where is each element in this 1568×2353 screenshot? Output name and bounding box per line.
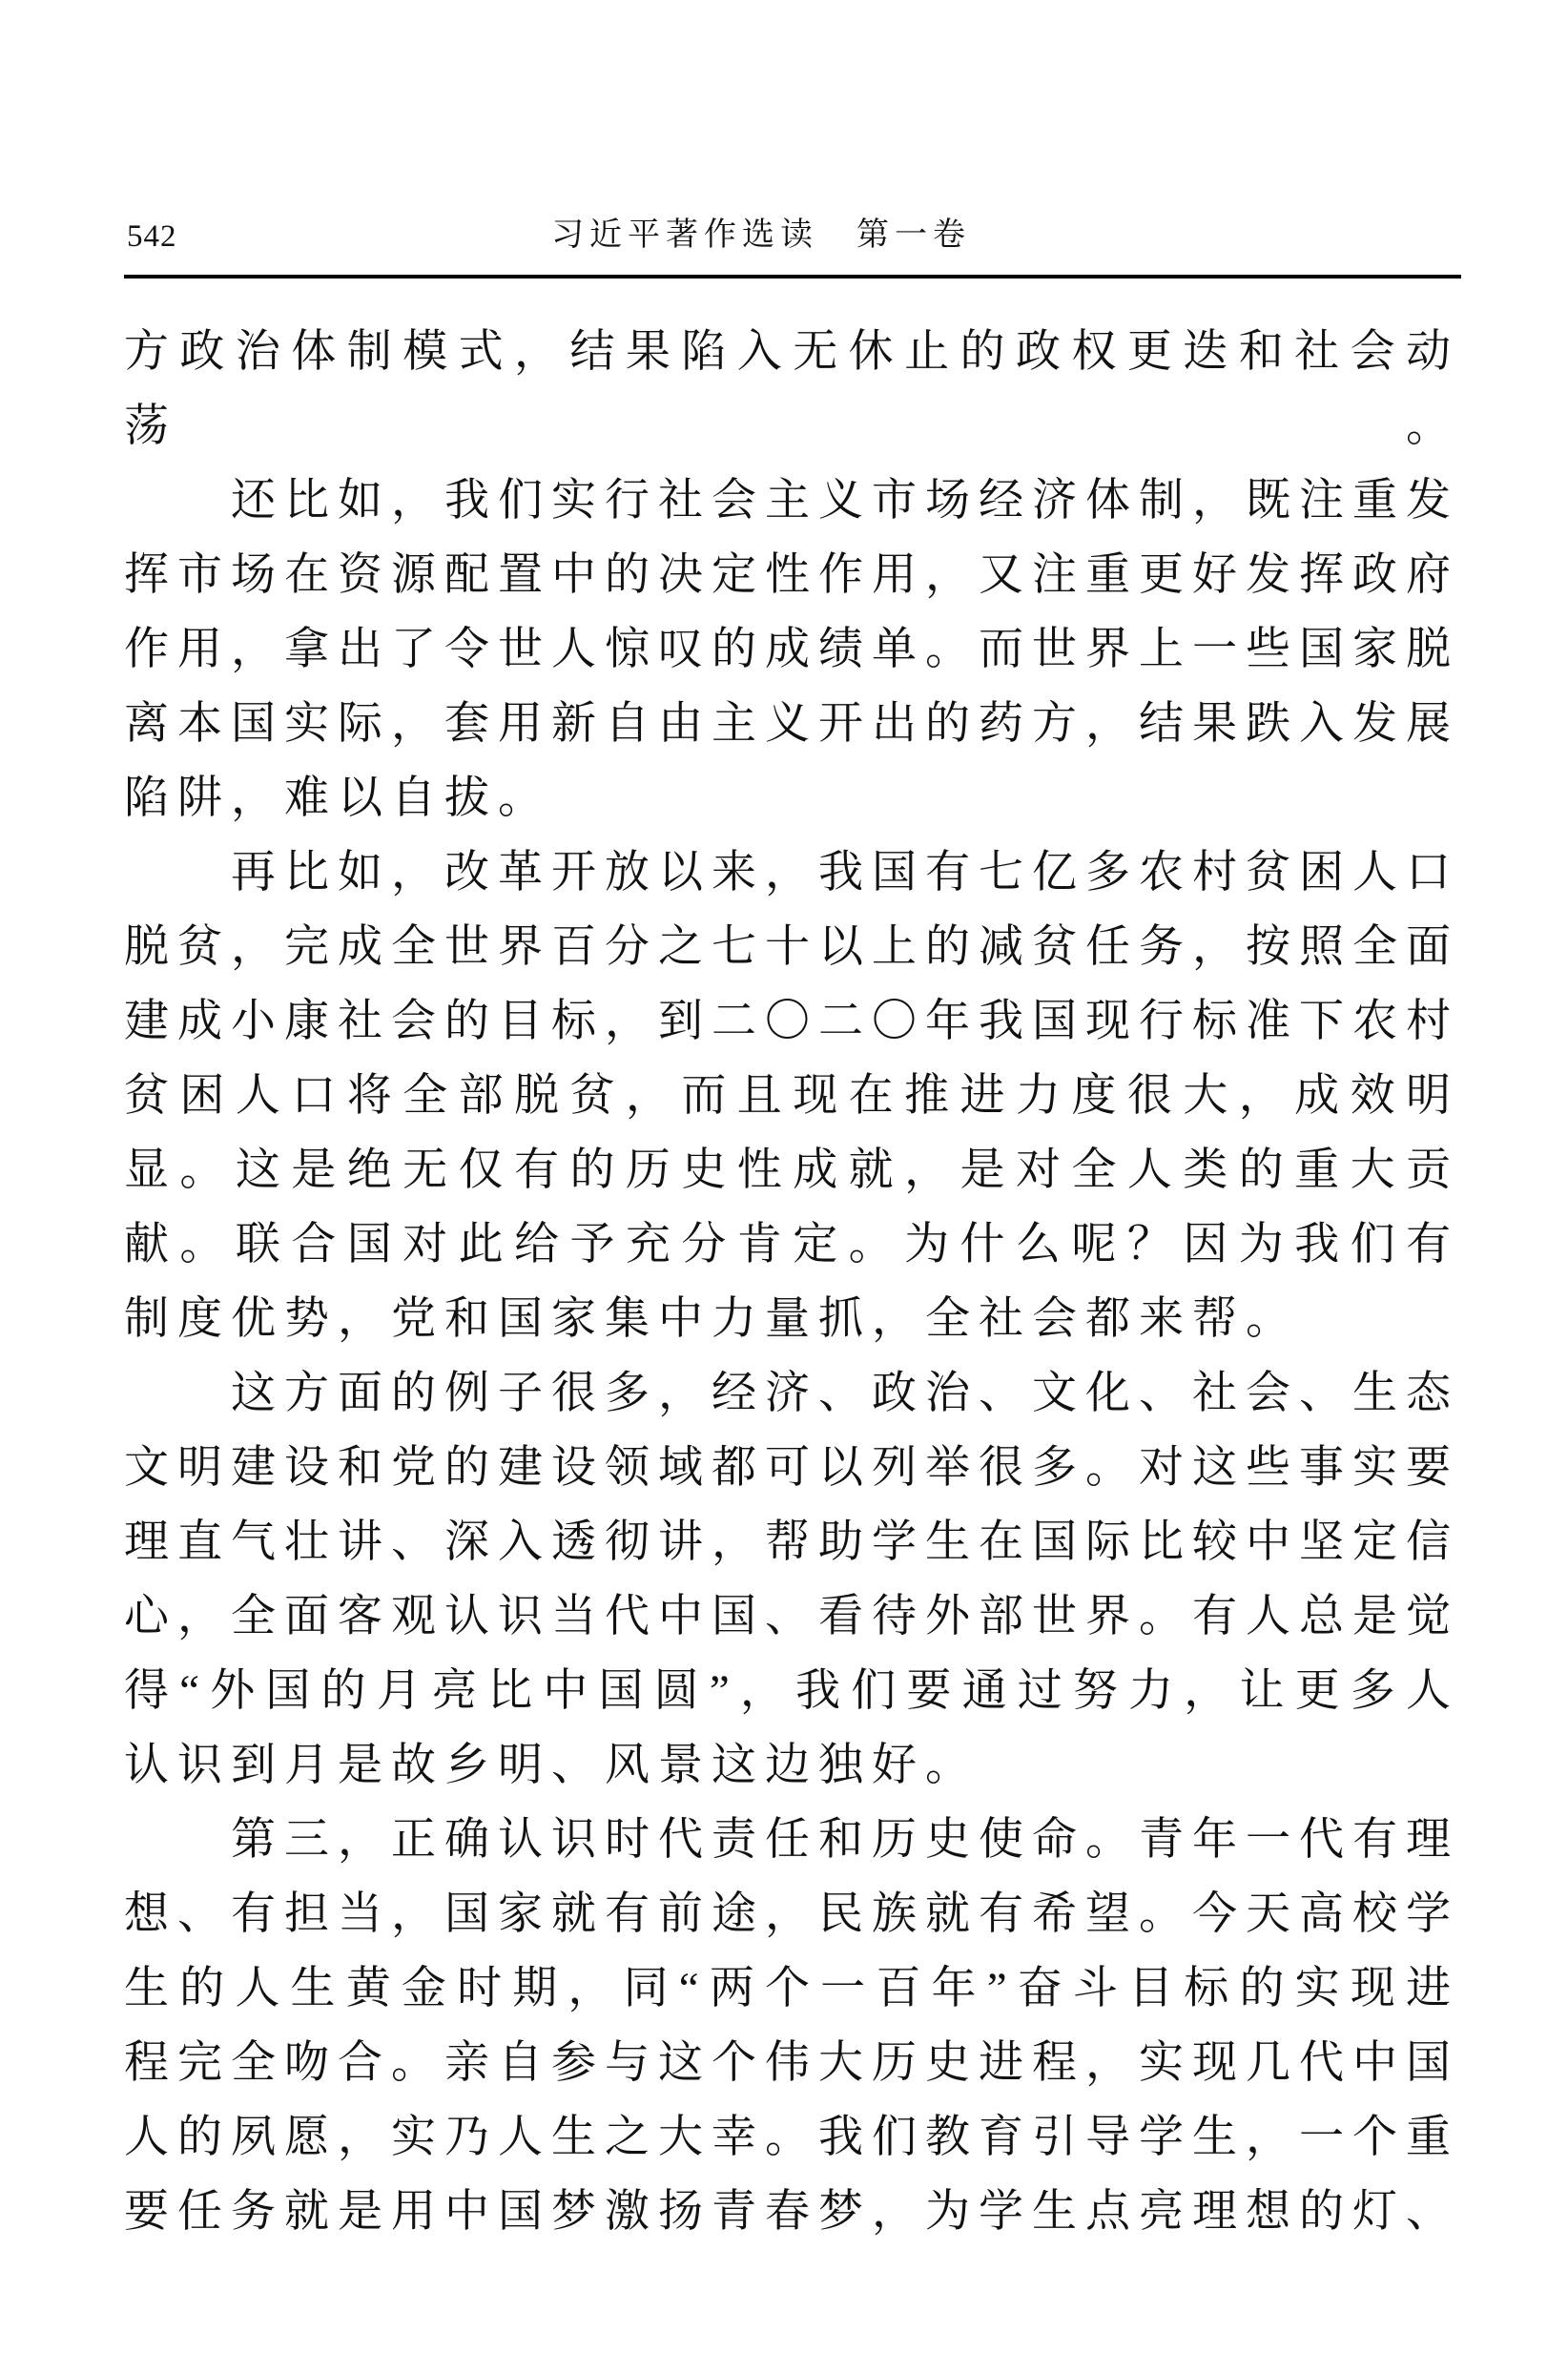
running-header-title: 习近平著作选读 第一卷: [551, 216, 971, 256]
text-line: 这方面的例子很多，经济、政治、文化、社会、生态: [124, 1356, 1459, 1431]
text-line: 作用，拿出了令世人惊叹的成绩单。而世界上一些国家脱: [124, 612, 1459, 687]
text-line: 离本国实际，套用新自由主义开出的药方，结果跌入发展: [124, 687, 1459, 761]
text-line: 文明建设和党的建设领域都可以列举很多。对这些事实要: [124, 1431, 1459, 1505]
text-line: 第三，正确认识时代责任和历史使命。青年一代有理: [124, 1803, 1459, 1877]
text-line: 脱贫，完成全世界百分之七十以上的减贫任务，按照全面: [124, 910, 1459, 984]
text-line: 方政治体制模式，结果陷入无休止的政权更迭和社会动荡。: [124, 315, 1459, 464]
text-line: 生的人生黄金时期，同“两个一百年”奋斗目标的实现进: [124, 1951, 1459, 2026]
text-line: 要任务就是用中国梦激扬青春梦，为学生点亮理想的灯、: [124, 2175, 1459, 2249]
book-page: 542 习近平著作选读 第一卷 方政治体制模式，结果陷入无休止的政权更迭和社会动…: [0, 0, 1568, 2353]
text-line: 程完全吻合。亲自参与这个伟大历史进程，实现几代中国: [124, 2026, 1459, 2100]
text-line: 制度优势，党和国家集中力量抓，全社会都来帮。: [124, 1282, 1459, 1356]
body-text: 方政治体制模式，结果陷入无休止的政权更迭和社会动荡。还比如，我们实行社会主义市场…: [124, 315, 1459, 2249]
text-line: 建成小康社会的目标，到二〇二〇年我国现行标准下农村: [124, 984, 1459, 1059]
text-line: 得“外国的月亮比中国圆”，我们要通过努力，让更多人: [124, 1654, 1459, 1728]
text-line: 贫困人口将全部脱贫，而且现在推进力度很大，成效明: [124, 1059, 1459, 1133]
text-line: 想、有担当，国家就有前途，民族就有希望。今天高校学: [124, 1877, 1459, 1951]
text-line: 心，全面客观认识当代中国、看待外部世界。有人总是觉: [124, 1579, 1459, 1654]
text-line: 陷阱，难以自拔。: [124, 761, 1459, 836]
page-number: 542: [127, 217, 177, 256]
text-line: 显。这是绝无仅有的历史性成就，是对全人类的重大贡: [124, 1133, 1459, 1207]
text-line: 挥市场在资源配置中的决定性作用，又注重更好发挥政府: [124, 538, 1459, 612]
text-line: 献。联合国对此给予充分肯定。为什么呢？因为我们有: [124, 1207, 1459, 1282]
header-divider: [124, 275, 1461, 279]
text-line: 还比如，我们实行社会主义市场经济体制，既注重发: [124, 464, 1459, 538]
text-line: 再比如，改革开放以来，我国有七亿多农村贫困人口: [124, 836, 1459, 910]
text-line: 认识到月是故乡明、风景这边独好。: [124, 1728, 1459, 1803]
text-line: 人的夙愿，实乃人生之大幸。我们教育引导学生，一个重: [124, 2100, 1459, 2175]
text-line: 理直气壮讲、深入透彻讲，帮助学生在国际比较中坚定信: [124, 1505, 1459, 1579]
